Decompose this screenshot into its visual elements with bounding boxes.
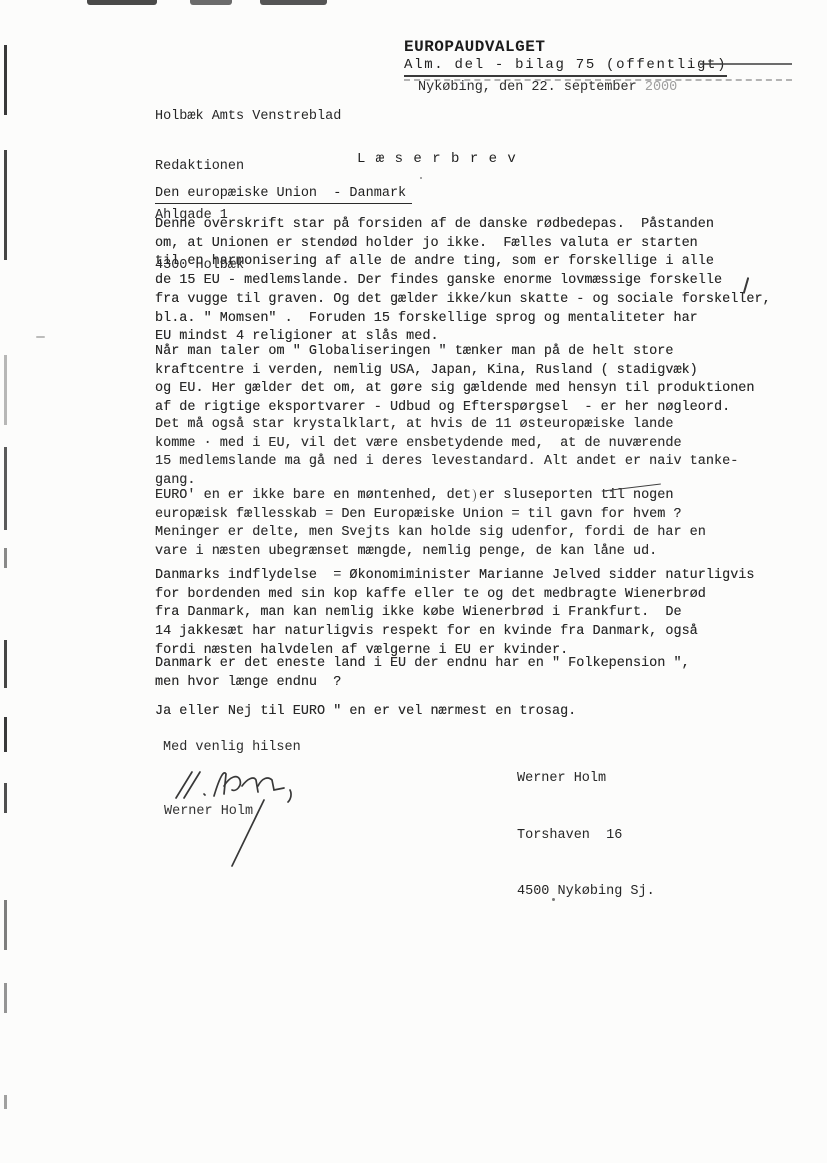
dateline: Nykøbing, den 22. september 2000 [418,80,677,95]
dateline-year: 2000 [645,80,677,95]
scan-edge-line [4,717,7,752]
scan-edge-line [4,447,7,530]
sender-address: Werner Holm Torshaven 16 4500 Nykøbing S… [517,733,655,939]
scanned-letter-page: EUROPAUDVALGET Alm. del - bilag 75 (offe… [0,0,827,1163]
body-paragraph: Det må også star krystalklart, at hvis d… [155,416,820,491]
recipient-line: Redaktionen [155,159,341,176]
scan-edge-line [4,150,7,260]
scan-smudge [87,0,157,5]
subject-heading: Den europæiske Union - Danmark [155,186,412,204]
committee-stamp-title: EUROPAUDVALGET [404,38,545,56]
typed-signature-name: Werner Holm [164,804,253,819]
dateline-text: Nykøbing, den 22. september [418,80,645,95]
sender-line: Werner Holm [517,770,655,789]
body-paragraph: Når man taler om " Globaliseringen " tæn… [155,343,820,418]
scan-edge-line [4,983,7,1013]
scan-edge-line [4,548,7,568]
scan-smudge [190,0,232,5]
sender-line: 4500 Nykøbing Sj. [517,883,655,902]
scan-edge-line [4,355,7,425]
body-paragraph: Ja eller Nej til EURO " en er vel nærmes… [155,703,820,722]
scan-edge-line [4,783,7,813]
body-paragraph: Denne overskrift star på forsiden af de … [155,216,820,347]
scan-speck [420,177,422,179]
case-reference: Alm. del - bilag 75 (offentligt) [404,57,727,77]
body-paragraph: EURO' en er ikke bare en møntenhed, det … [155,487,820,562]
scan-edge-line [4,45,7,115]
letter-type-title: L æ s e r b r e v [357,151,517,167]
scan-edge-line [4,900,7,950]
underline-extension [700,63,792,65]
scan-smudge [260,0,327,5]
salutation: Med venlig hilsen [163,740,301,755]
body-paragraph: Danmarks indflydelse = Økonomiminister M… [155,567,820,661]
scan-edge-line [4,640,7,688]
recipient-line: Holbæk Amts Venstreblad [155,109,341,126]
body-paragraph: Danmark er det eneste land i EU der endn… [155,655,820,692]
scan-speck [36,336,45,338]
sender-line: Torshaven 16 [517,827,655,846]
scan-edge-line [4,1095,7,1109]
